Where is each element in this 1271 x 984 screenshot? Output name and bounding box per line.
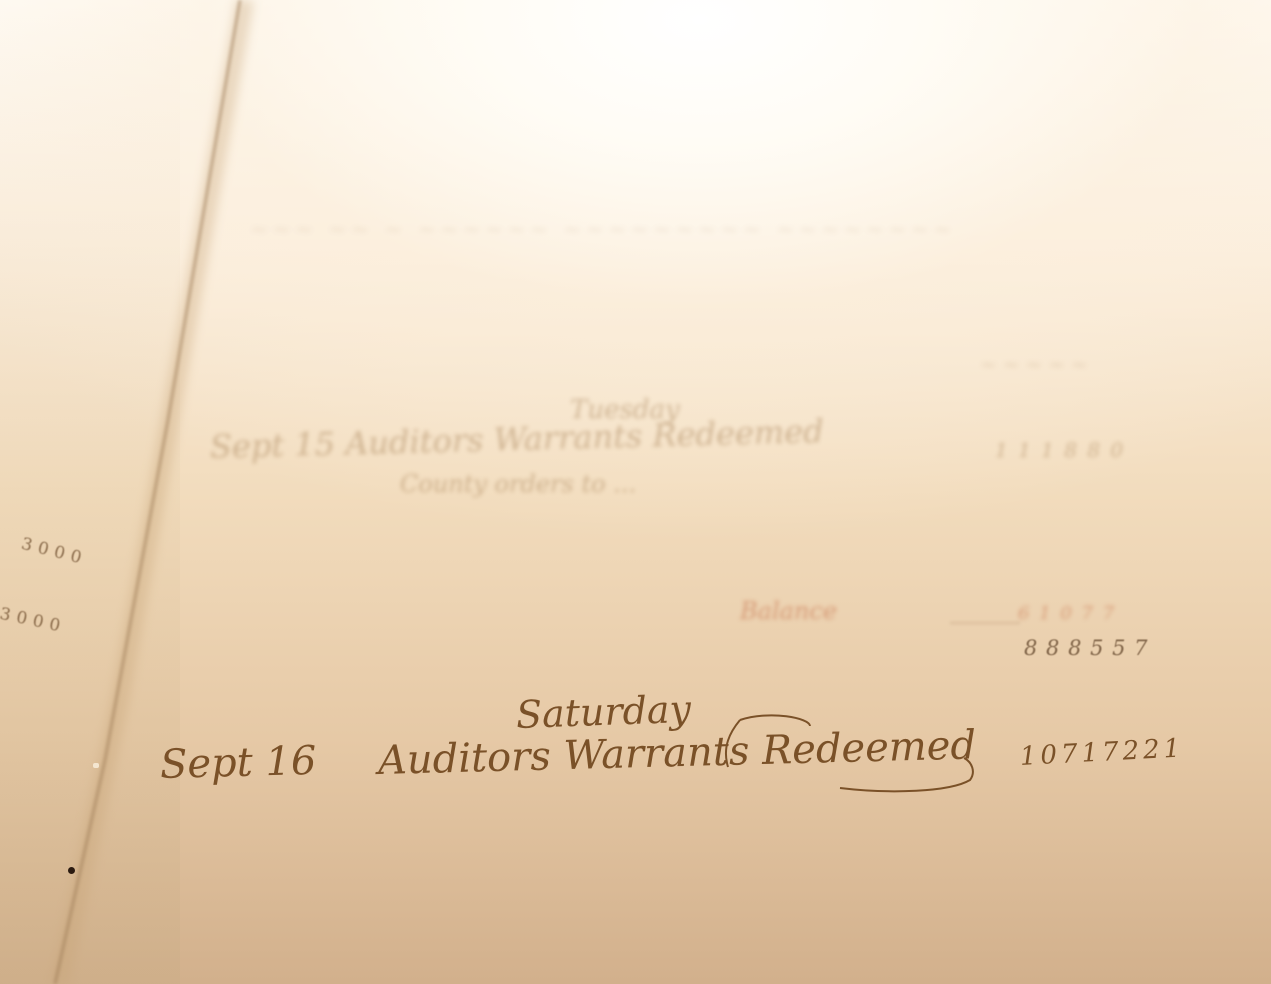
faint-top-entry-amount: ~~~~~ [980,352,1094,376]
faint-balance-rule [950,622,1020,624]
binding-stitch-notch [93,763,99,768]
faint-balance-label: Balance [740,597,837,625]
faint-sub-line: County orders to ... [400,470,636,498]
faint-top-entry-line: ~~~ ~~ ~ ~~~~~~ ~~~~~~~~~ ~~~~~~~~ [250,218,956,243]
running-total-amount: 8 8 8 5 5 7 [1024,636,1149,660]
description-underline-flourish [830,752,980,797]
binding-stitch-hole [68,867,75,874]
faint-balance-amount: 6 1 0 7 7 [1018,603,1116,624]
faint-amount: 1 1 1 8 8 0 [995,438,1125,462]
main-entry-date: Sept 16 [159,738,317,788]
